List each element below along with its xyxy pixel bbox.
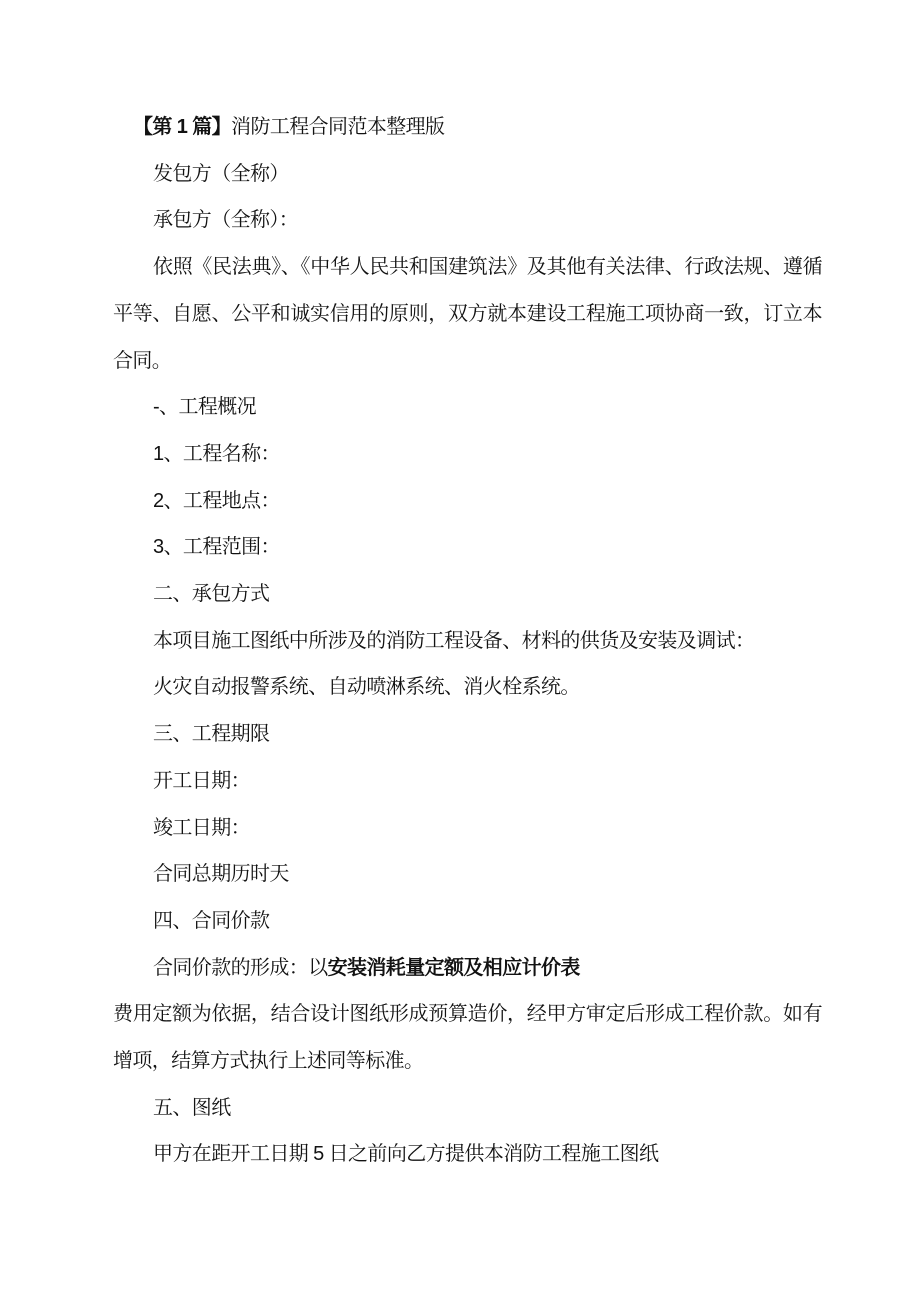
heading-section-3: 三、工程期限 (113, 711, 822, 758)
paragraph-duration: 合同总期历时天 (113, 851, 822, 898)
paragraph-preamble: 依照《民法典》、《中华人民共和国建筑法》及其他有关法律、行政法规、遵循平等、自愿… (113, 244, 822, 384)
paragraph-project-location: 2、工程地点： (113, 478, 822, 525)
price-formation-bold: 安装消耗量定额及相应计价表 (328, 957, 580, 979)
heading-section-2: 二、承包方式 (113, 571, 822, 618)
paragraph-contract-scope-desc: 本项目施工图纸中所涉及的消防工程设备、材料的供货及安装及调试： (113, 618, 822, 665)
document-page: 【第 1 篇】消防工程合同范本整理版 发包方（全称） 承包方（全称）： 依照《民… (0, 0, 920, 1301)
paragraph-title: 【第 1 篇】消防工程合同范本整理版 (113, 104, 822, 151)
title-text: 消防工程合同范本整理版 (231, 116, 444, 138)
heading-section-4: 四、合同价款 (113, 898, 822, 945)
paragraph-completion-date: 竣工日期： (113, 805, 822, 852)
heading-section-1: -、工程概况 (113, 384, 822, 431)
paragraph-price-formation: 合同价款的形成：以安装消耗量定额及相应计价表 (113, 945, 822, 992)
paragraph-party-b: 承包方（全称）： (113, 197, 822, 244)
title-index-tag: 【第 1 篇】 (133, 116, 231, 138)
paragraph-start-date: 开工日期： (113, 758, 822, 805)
paragraph-price-basis: 费用定额为依据，结合设计图纸形成预算造价，经甲方审定后形成工程价款。如有增项，结… (113, 991, 822, 1084)
paragraph-project-scope: 3、工程范围： (113, 524, 822, 571)
paragraph-project-name: 1、工程名称： (113, 431, 822, 478)
paragraph-drawings-provision: 甲方在距开工日期 5 日之前向乙方提供本消防工程施工图纸 (113, 1131, 822, 1178)
price-formation-prefix: 合同价款的形成：以 (153, 957, 328, 979)
paragraph-systems-list: 火灾自动报警系统、自动喷淋系统、消火栓系统。 (113, 664, 822, 711)
heading-section-5: 五、图纸 (113, 1085, 822, 1132)
paragraph-party-a: 发包方（全称） (113, 151, 822, 198)
